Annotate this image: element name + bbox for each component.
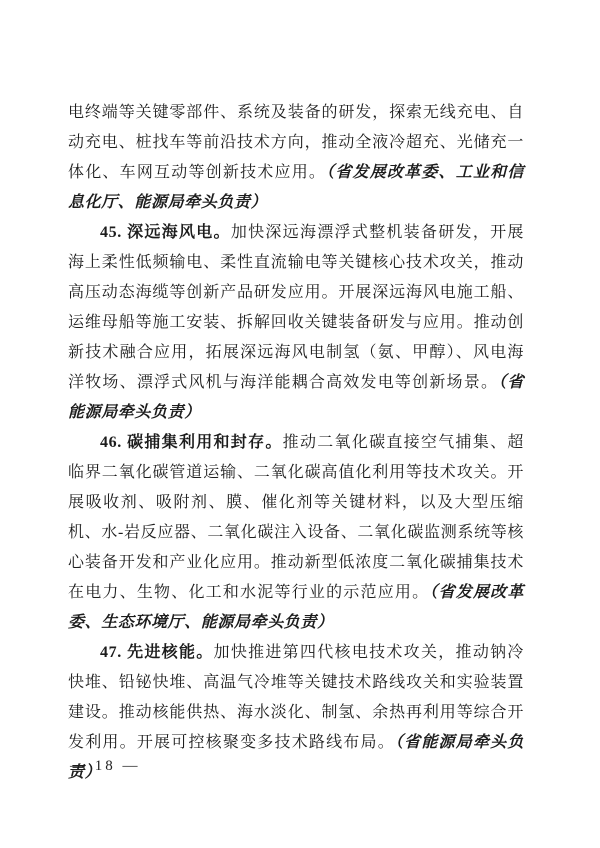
- item-heading: 46. 碳捕集利用和封存。: [100, 434, 283, 451]
- paragraph-46: 46. 碳捕集利用和封存。推动二氧化碳直接空气捕集、超临界二氧化碳管道运输、二氧…: [68, 428, 524, 638]
- page-number: — 18 —: [70, 756, 141, 776]
- paragraph-44-continuation: 电终端等关键零部件、系统及装备的研发，探索无线充电、自动充电、桩找车等前沿技术方…: [68, 98, 524, 218]
- document-page: 电终端等关键零部件、系统及装备的研发，探索无线充电、自动充电、桩找车等前沿技术方…: [0, 0, 600, 848]
- paragraph-45: 45. 深远海风电。加快深远海漂浮式整机装备研发，开展海上柔性低频输电、柔性直流…: [68, 218, 524, 428]
- body-text: 推动二氧化碳直接空气捕集、超临界二氧化碳管道运输、二氧化碳高值化利用等技术攻关。…: [68, 434, 524, 601]
- item-heading: 47. 先进核能。: [100, 644, 214, 661]
- body-text: 加快深远海漂浮式整机装备研发，开展海上柔性低频输电、柔性直流输电等关键核心技术攻…: [68, 224, 524, 391]
- item-heading: 45. 深远海风电。: [100, 224, 231, 241]
- document-body: 电终端等关键零部件、系统及装备的研发，探索无线充电、自动充电、桩找车等前沿技术方…: [68, 98, 524, 788]
